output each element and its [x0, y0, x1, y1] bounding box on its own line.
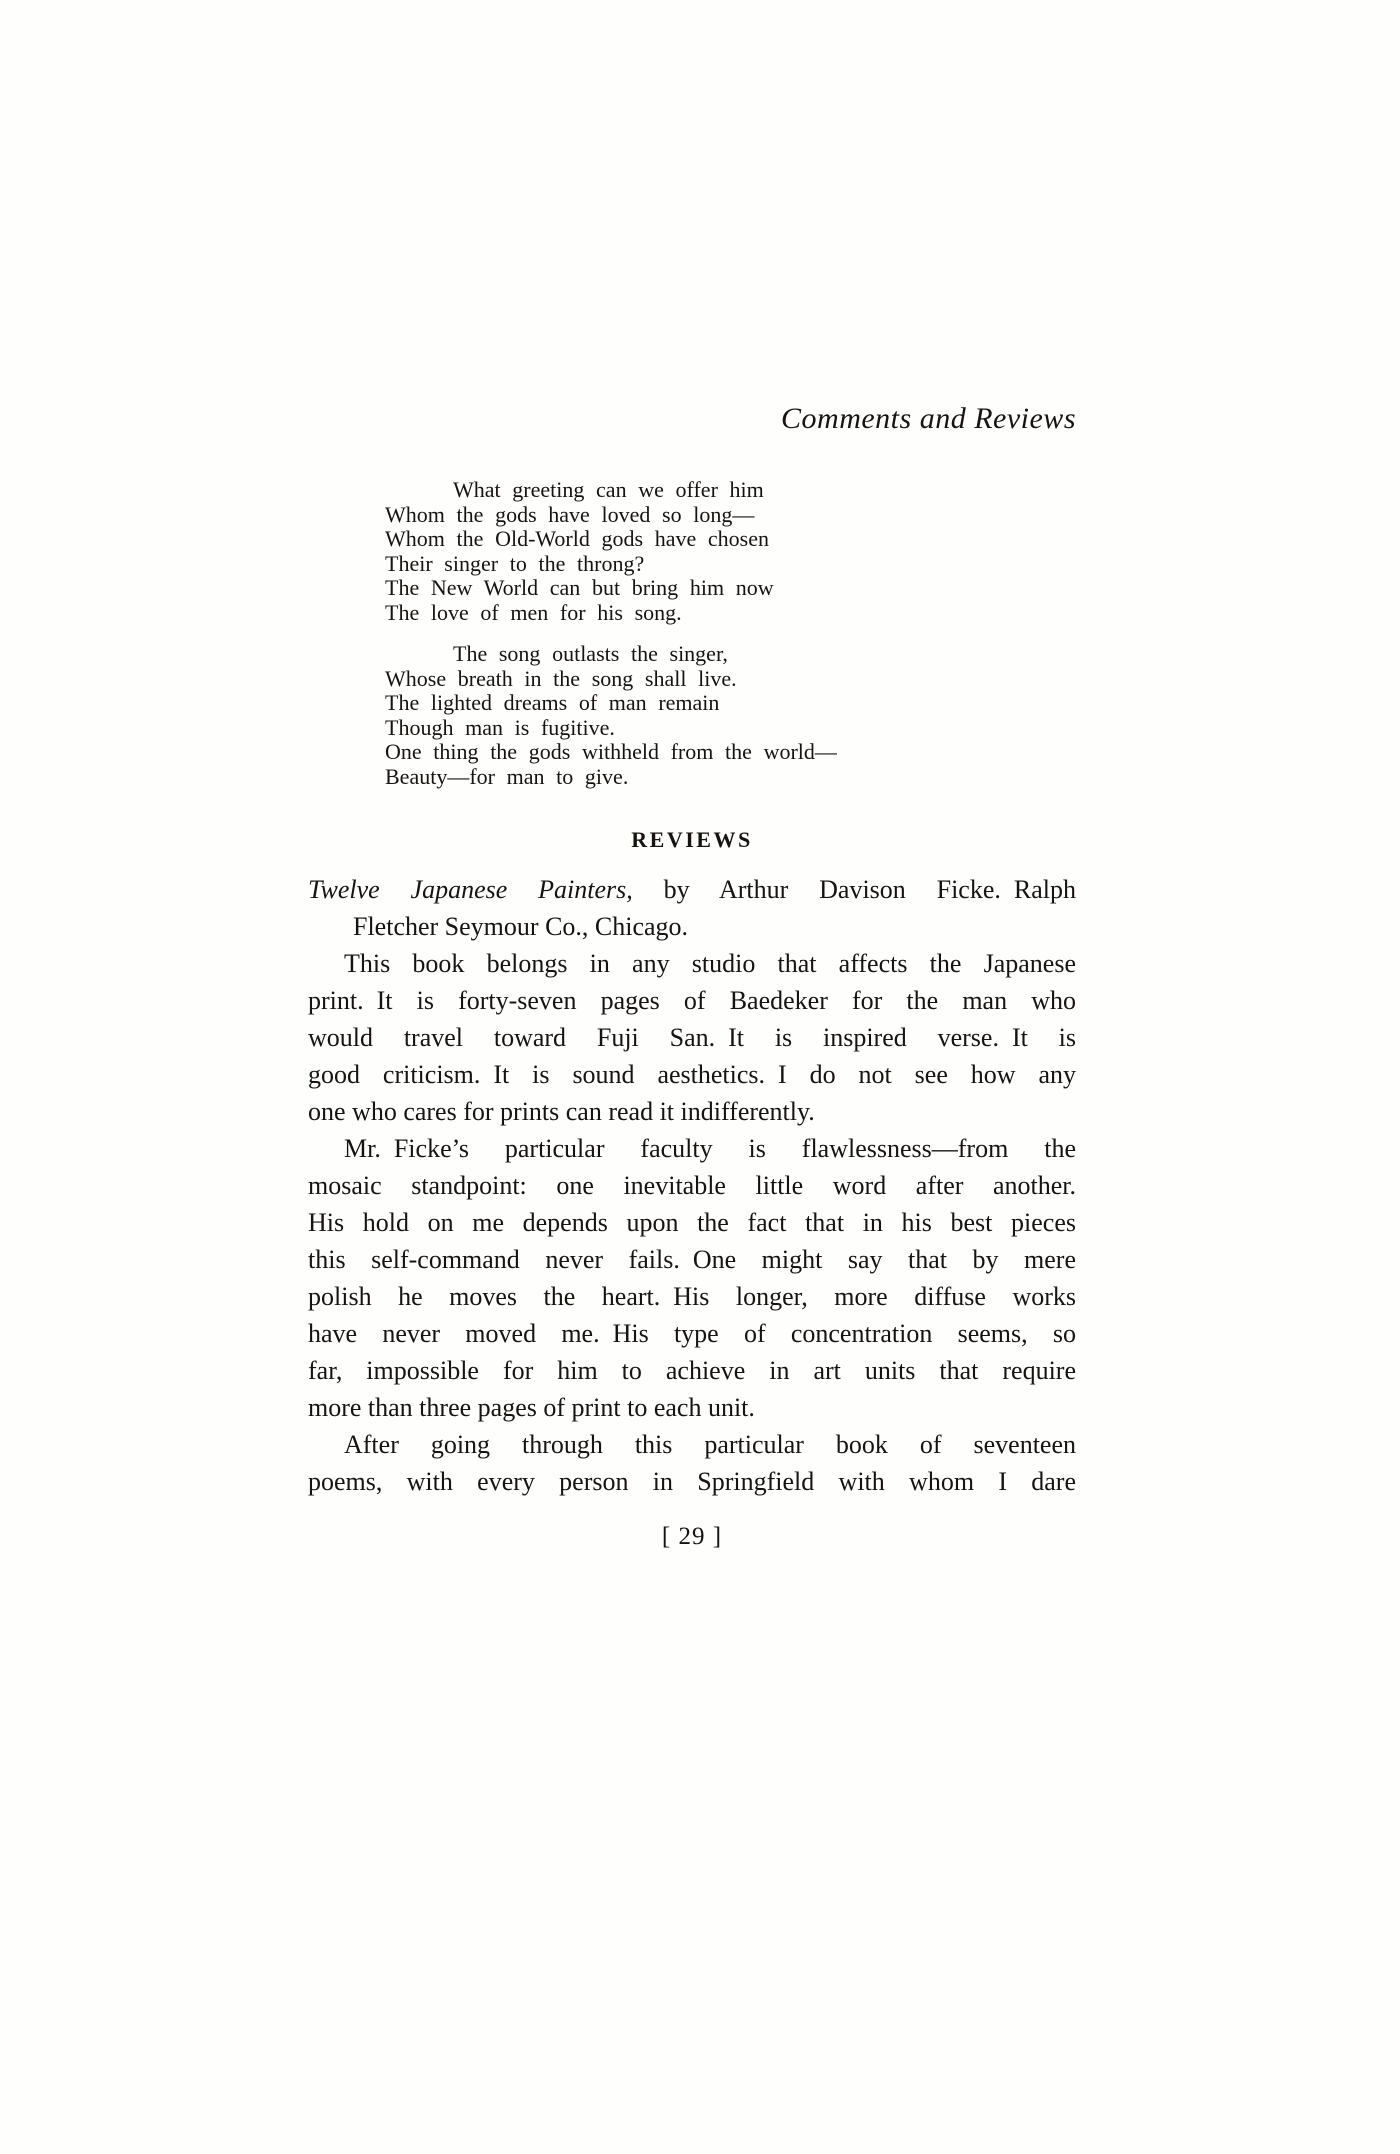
poem-line: What greeting can we offer him	[385, 478, 1076, 503]
poem-line: Whose breath in the song shall live.	[385, 667, 1076, 692]
poem-line: One thing the gods withheld from the wor…	[385, 740, 1076, 765]
poem-line: Their singer to the throng?	[385, 552, 1076, 577]
text-line: His hold on me depends upon the fact tha…	[308, 1204, 1076, 1241]
review-body: This book belongs in any studio that aff…	[308, 945, 1076, 1500]
poem-line: The lighted dreams of man remain	[385, 691, 1076, 716]
text-line: mosaic standpoint: one inevitable little…	[308, 1167, 1076, 1204]
running-header: Comments and Reviews	[308, 400, 1076, 438]
reviews-heading: REVIEWS	[308, 826, 1076, 854]
poem-line: The love of men for his song.	[385, 601, 1076, 626]
poem-line: Beauty—for man to give.	[385, 765, 1076, 790]
text-line: After going through this particular book…	[308, 1426, 1076, 1463]
poem-stanza: What greeting can we offer himWhom the g…	[385, 478, 1076, 625]
poem: What greeting can we offer himWhom the g…	[385, 478, 1076, 789]
page-number: [ 29 ]	[308, 1522, 1076, 1552]
poem-line: The song outlasts the singer,	[385, 642, 1076, 667]
text-line: more than three pages of print to each u…	[308, 1389, 1076, 1426]
poem-line: The New World can but bring him now	[385, 576, 1076, 601]
review-entry: Twelve Japanese Painters, by Arthur Davi…	[308, 871, 1076, 945]
paragraph: After going through this particular book…	[308, 1426, 1076, 1500]
poem-line: Whom the gods have loved so long—	[385, 503, 1076, 528]
text-line: have never moved me. His type of concent…	[308, 1315, 1076, 1352]
text-line: far, impossible for him to achieve in ar…	[308, 1352, 1076, 1389]
paragraph: This book belongs in any studio that aff…	[308, 945, 1076, 1130]
text-line: This book belongs in any studio that aff…	[308, 945, 1076, 982]
review-entry-continuation: Fletcher Seymour Co., Chicago.	[308, 908, 1076, 945]
text-line: polish he moves the heart. His longer, m…	[308, 1278, 1076, 1315]
poem-line: Though man is fugitive.	[385, 716, 1076, 741]
text-line: one who cares for prints can read it ind…	[308, 1093, 1076, 1130]
text-line: Mr. Ficke’s particular faculty is flawle…	[308, 1130, 1076, 1167]
paragraph: Mr. Ficke’s particular faculty is flawle…	[308, 1130, 1076, 1426]
text-line: this self-command never fails. One might…	[308, 1241, 1076, 1278]
text-line: poems, with every person in Springfield …	[308, 1463, 1076, 1500]
text-line: would travel toward Fuji San. It is insp…	[308, 1019, 1076, 1056]
book-title: Twelve Japanese Painters,	[308, 875, 633, 904]
review-entry-line: Twelve Japanese Painters, by Arthur Davi…	[308, 871, 1076, 908]
text-line: print. It is forty-seven pages of Baedek…	[308, 982, 1076, 1019]
poem-line: Whom the Old-World gods have chosen	[385, 527, 1076, 552]
poem-stanza: The song outlasts the singer,Whose breat…	[385, 642, 1076, 789]
text-column: Comments and Reviews What greeting can w…	[308, 0, 1076, 1552]
text-line: good criticism. It is sound aesthetics. …	[308, 1056, 1076, 1093]
book-byline: by Arthur Davison Ficke. Ralph	[664, 875, 1076, 904]
scanned-book-page: Comments and Reviews What greeting can w…	[0, 0, 1400, 2154]
